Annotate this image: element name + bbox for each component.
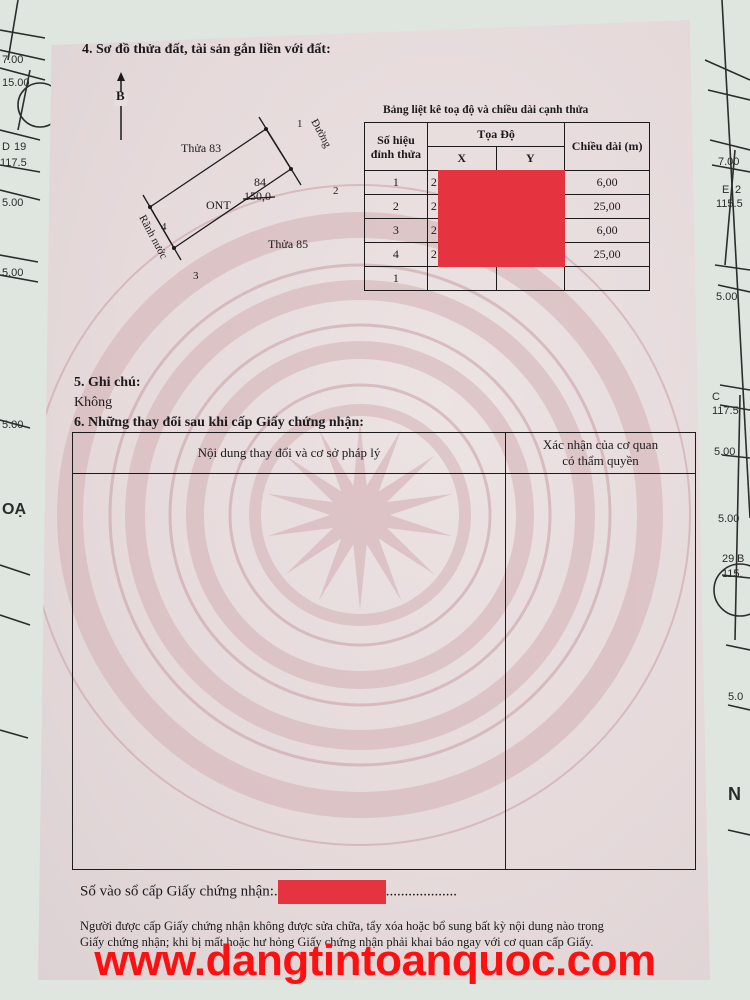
parcel-number: 84 (254, 175, 266, 190)
changes-table: Nội dung thay đổi và cơ sở pháp lý Xác n… (72, 432, 696, 870)
svg-text:115.: 115. (722, 568, 743, 580)
col-change-content: Nội dung thay đổi và cơ sở pháp lý (73, 433, 506, 474)
neighbor-north-label: Thửa 83 (181, 141, 221, 156)
vertex-label-3: 3 (193, 270, 199, 282)
svg-text:D: D (2, 141, 10, 153)
svg-text:5.00: 5.00 (2, 419, 23, 431)
col-y: Y (496, 147, 565, 171)
svg-text:7.00: 7.00 (2, 54, 23, 66)
col-coordinates: Tọa Độ (427, 123, 564, 147)
registry-line: Số vào sổ cấp Giấy chứng nhận:..........… (80, 880, 457, 904)
section-5-heading: 5. Ghi chú: (74, 375, 141, 391)
vertex-label-4: 4 (161, 221, 167, 233)
watermark: www.dangtintoanquoc.com (10, 936, 740, 986)
changes-table-body (73, 474, 696, 870)
svg-text:C: C (712, 391, 720, 403)
north-arrow: B (114, 72, 128, 142)
land-use-code: ONT (206, 198, 231, 213)
change-content-cell (73, 474, 506, 870)
authority-confirmation-cell (506, 474, 696, 870)
col-length: Chiều dài (m) (565, 123, 650, 171)
svg-text:15.00: 15.00 (2, 77, 30, 89)
notes-value: Không (74, 395, 112, 411)
certificate-page: 4. Sơ đồ thửa đất, tài sản gắn liền với … (38, 20, 710, 980)
neighbor-south-label: Thửa 85 (268, 237, 308, 252)
col-vertex: Số hiệu đỉnh thửa (365, 123, 428, 171)
coordinates-redaction (438, 170, 565, 267)
col-x: X (427, 147, 496, 171)
coord-table-title: Bảng liệt kê toạ độ và chiều dài cạnh th… (383, 104, 588, 116)
svg-text:5.00: 5.00 (2, 267, 23, 279)
svg-text:5.00: 5.00 (714, 446, 735, 458)
north-label: B (116, 88, 125, 104)
svg-text:117.5: 117.5 (0, 157, 27, 169)
registry-label: Số vào sổ cấp Giấy chứng nhận:. (80, 883, 278, 899)
svg-text:19: 19 (14, 141, 26, 153)
north-arrow-icon (114, 72, 128, 142)
svg-text:5.00: 5.00 (718, 513, 739, 525)
svg-text:2: 2 (735, 184, 741, 196)
parcel-sketch: Thửa 83 Thửa 85 Đường Rãnh nước 84 150,0… (133, 85, 383, 295)
svg-text:29: 29 (722, 553, 734, 565)
svg-text:B: B (737, 553, 744, 565)
vertex-label-1: 1 (297, 118, 303, 130)
section-6-heading: 6. Những thay đổi sau khi cấp Giấy chứng… (74, 415, 364, 431)
svg-text:5.0: 5.0 (728, 691, 743, 703)
registry-dots: ................... (386, 883, 457, 899)
svg-text:117.5: 117.5 (712, 405, 739, 417)
svg-text:N: N (728, 784, 741, 804)
svg-text:E: E (722, 184, 729, 196)
col-authority-confirmation: Xác nhận của cơ quan có thẩm quyền (506, 433, 696, 474)
svg-text:115.5: 115.5 (716, 198, 743, 210)
svg-text:7.00: 7.00 (718, 156, 739, 168)
svg-text:OẠ: OẠ (2, 501, 26, 518)
registry-redaction (278, 880, 386, 904)
section-4-heading: 4. Sơ đồ thửa đất, tài sản gắn liền với … (82, 42, 331, 58)
parcel-area: 150,0 (244, 189, 271, 204)
svg-text:5.00: 5.00 (2, 197, 23, 209)
vertex-label-2: 2 (333, 185, 339, 197)
svg-text:5.00: 5.00 (716, 291, 737, 303)
table-row: 1 (365, 267, 650, 291)
